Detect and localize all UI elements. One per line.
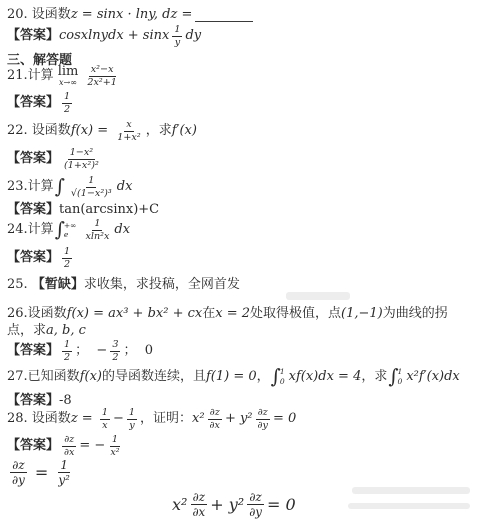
fraction-numerator: x [124,119,133,132]
text-run: 的导函数连续，且 [102,369,206,385]
math-fraction: x²−x2x²+1 [85,64,119,88]
text-run: 26.设函数 [7,306,67,322]
text-run: 【答案】 [7,28,59,44]
question-25: 25. 【暂缺】求收集，求投稿，全网首发 [7,277,240,293]
fraction-denominator: 2 [62,259,72,271]
integral-limits: 10 [398,367,403,386]
limit-operator: limx→∞ [58,65,79,87]
text-run: 【暂缺】 [32,277,84,293]
integral-limits: 10 [280,367,285,386]
text-run: + y² [225,411,253,427]
question-24: 24.计算∫+∞e1xln²xdx [7,218,130,242]
answer-26: 【答案】12； −32； 0 [7,339,153,363]
text-run: 【答案】 [7,438,59,454]
text-run: f(x) = ax³ + bx² + cx [67,306,203,322]
text-run: x² [192,411,205,427]
text-run: ，求 [146,123,172,139]
fraction-denominator: 2 [62,104,72,116]
fraction-denominator: ∂y [10,473,27,487]
math-fraction: 1xln²x [83,218,111,242]
text-run: ，求 [361,369,387,385]
text-run: 【答案】 [7,95,59,111]
scan-smudge [352,487,470,494]
question-26-line1: 26.设函数f(x) = ax³ + bx² + cx在x = 2处取得极值，点… [7,306,448,322]
text-run: x² [172,495,187,515]
text-run: dy [185,28,201,44]
integral-lower: e [64,230,68,239]
fraction-numerator: ∂z [62,434,76,447]
text-run: 22. 设函数 [7,123,71,139]
text-run: cosxlnydx + sinx [59,28,169,44]
fraction-denominator: y [127,420,136,432]
text-run: 25. [7,277,32,293]
text-run: f(1) = 0 [206,369,257,385]
fraction-denominator: y² [56,473,71,487]
text-run: ，证明： [140,411,192,427]
fraction-denominator: ∂y [247,505,264,519]
fraction-denominator: 2 [110,352,120,364]
integral-sign: ∫ [55,177,65,197]
fraction-numerator: 3 [110,339,120,352]
text-run: − [113,411,124,427]
fraction-denominator: 1+x² [115,132,142,144]
answer-blank [195,8,253,22]
text-run: 21.计算 [7,68,54,84]
text-run: 【答案】 [7,250,59,266]
answer-23: 【答案】tan(arcsinx)+C [7,202,159,218]
integral-lower: 0 [280,377,285,386]
text-run: x²f′(x)dx [406,369,459,385]
math-fraction: ∂z∂y [10,458,27,487]
math-fraction: 1−x²(1+x²)² [62,147,101,171]
text-run: (1,−1) [341,306,383,322]
text-run: = 0 [273,411,296,427]
fraction-numerator: ∂z [10,458,26,473]
text-run: ； − [75,343,107,359]
fraction-numerator: ∂z [191,490,207,505]
integral-lower: 0 [398,377,403,386]
text-run: + y² [210,495,244,515]
question-20: 20. 设函数z = sinx · lny, dz = [7,7,253,23]
fraction-numerator: 1−x² [68,147,95,160]
question-26-line2: 点，求a, b, c [7,323,86,339]
text-run: = [30,463,54,483]
text-run: z = [71,411,97,427]
fraction-denominator: y [173,37,182,49]
document-page: 20. 设函数z = sinx · lny, dz = 【答案】cosxlnyd… [0,0,480,529]
scan-smudge [348,503,470,509]
question-28: 28. 设函数z = 1x−1y，证明：x²∂z∂x+ y²∂z∂y= 0 [7,407,296,431]
limit-word: lim [58,65,79,78]
fraction-numerator: 1 [127,407,137,420]
text-run: 【答案】 [7,151,59,167]
question-23: 23.计算∫1√(1−x²)³dx [7,175,132,199]
integral-upper: 1 [280,367,285,376]
fraction-numerator: 1 [62,91,72,104]
text-run: z = sinx · lny, dz = [71,7,193,23]
integral-limits: +∞e [64,221,77,240]
math-fraction: 1x² [108,434,121,458]
integral-operator: ∫ [55,177,65,197]
fraction-denominator: xln²x [83,231,111,243]
answer-24: 【答案】12 [7,246,75,270]
text-run: 【答案】 [7,343,59,359]
text-run: ， [257,369,270,385]
fraction-denominator: x [100,420,109,432]
fraction-denominator: 2x²+1 [85,77,119,89]
text-run: = − [79,438,105,454]
fraction-denominator: (1+x²)² [62,160,101,172]
text-run: 23.计算 [7,179,54,195]
fraction-numerator: 1 [62,339,72,352]
fraction-numerator: 1 [110,434,120,447]
text-run: 在 [202,306,215,322]
text-run: = 0 [267,495,296,515]
fraction-numerator: 1 [100,407,110,420]
fraction-numerator: 1 [58,458,70,473]
fraction-numerator: 1 [62,246,72,259]
math-fraction: ∂z∂y [247,490,264,519]
text-run: 24.计算 [7,222,54,238]
question-27: 27.已知函数f(x)的导函数连续，且f(1) = 0，∫10xf(x)dx =… [7,367,460,387]
text-run: 27.已知函数 [7,369,80,385]
math-fraction: 1√(1−x²)³ [69,175,114,199]
math-fraction: ∂z∂x [208,407,222,431]
integral-operator: ∫+∞e [55,220,80,240]
answer-28-display-1: ∂z∂y = 1y² [7,458,75,487]
text-run: 求收集，求投稿，全网首发 [84,277,240,293]
question-22: 22. 设函数f(x) = x1+x²，求f′(x) [7,119,197,143]
fraction-numerator: x²−x [89,64,116,77]
answer-28-display-2: x²∂z∂x+ y²∂z∂y= 0 [172,490,296,519]
text-run: tan(arcsinx)+C [59,202,159,218]
fraction-denominator: √(1−x²)³ [69,188,114,200]
fraction-numerator: ∂z [256,407,270,420]
answer-21: 【答案】12 [7,91,75,115]
integral-upper: +∞ [64,221,77,230]
fraction-denominator: ∂x [208,420,222,432]
answer-28: 【答案】∂z∂x= −1x² [7,434,125,458]
fraction-numerator: ∂z [247,490,263,505]
math-fraction: ∂z∂y [256,407,270,431]
math-fraction: 1y [172,24,182,48]
text-run: ； 0 [123,343,153,359]
text-run: xf(x)dx = 4 [289,369,362,385]
text-run: a, b, c [46,323,86,339]
fraction-denominator: ∂x [190,505,207,519]
text-run: 处取得极值，点 [250,306,341,322]
text-run: x = 2 [215,306,250,322]
text-run: 点，求 [7,323,46,339]
math-fraction: 1y [127,407,137,431]
question-21: 21.计算limx→∞x²−x2x²+1 [7,64,122,88]
math-fraction: 12 [62,91,72,115]
math-fraction: 12 [62,246,72,270]
integral-upper: 1 [398,367,403,376]
text-run: f(x) [80,369,102,385]
math-fraction: 1x [100,407,110,431]
text-run: dx [114,222,130,238]
math-fraction: 12 [62,339,72,363]
text-run: 20. 设函数 [7,7,71,23]
text-run: 为曲线的拐 [383,306,448,322]
scan-smudge [286,292,350,300]
answer-22: 【答案】1−x²(1+x²)² [7,147,104,171]
limit-subscript: x→∞ [59,79,77,87]
text-run: dx [117,179,133,195]
fraction-denominator: 2 [62,352,72,364]
fraction-denominator: ∂x [62,447,76,459]
text-run: 【答案】 [7,202,59,218]
text-run: 28. 设函数 [7,411,71,427]
fraction-denominator: x² [108,447,121,459]
answer-20: 【答案】cosxlnydx + sinx1ydy [7,24,201,48]
integral-operator: ∫10 [388,367,405,387]
text-run: f(x) = [71,123,112,139]
integral-operator: ∫10 [271,367,288,387]
fraction-numerator: 1 [172,24,182,37]
text-run: f′(x) [172,123,197,139]
math-fraction: 1y² [56,458,71,487]
fraction-numerator: ∂z [208,407,222,420]
math-fraction: ∂z∂x [62,434,76,458]
math-fraction: 32 [110,339,120,363]
math-fraction: x1+x² [115,119,142,143]
fraction-numerator: 1 [86,175,96,188]
fraction-denominator: ∂y [256,420,270,432]
fraction-numerator: 1 [92,218,102,231]
math-fraction: ∂z∂x [190,490,207,519]
